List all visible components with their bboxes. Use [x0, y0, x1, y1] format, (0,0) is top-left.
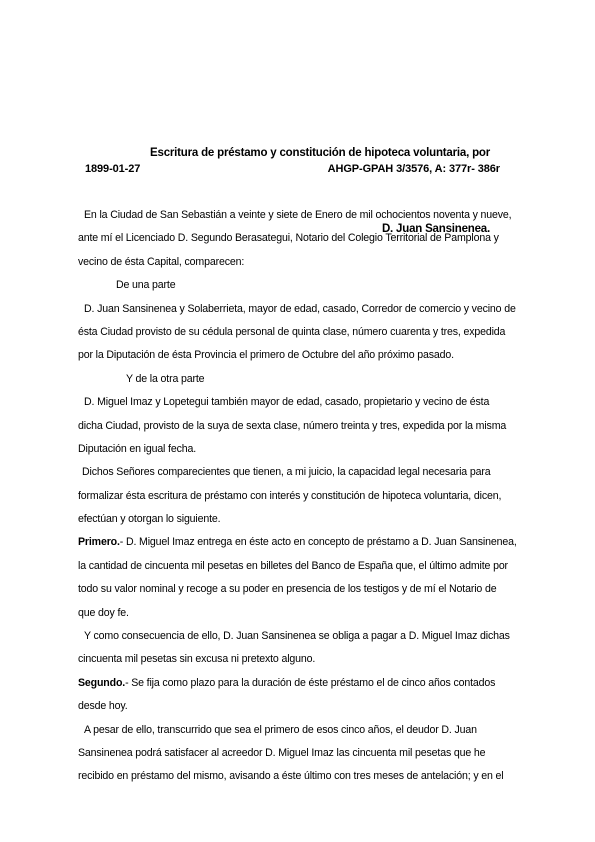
- text-line: En la Ciudad de San Sebastián a veinte y…: [78, 204, 530, 227]
- text-line: recibido en préstamo del mismo, avisando…: [78, 765, 530, 788]
- text-line: efectúan y otorgan lo siguiente.: [78, 508, 530, 531]
- line-text: que doy fe.: [78, 607, 129, 619]
- text-line: Segundo.- Se fija como plazo para la dur…: [78, 672, 530, 695]
- text-line: por la Diputación de ésta Provincia el p…: [78, 344, 530, 367]
- line-text: - Se fija como plazo para la duración de…: [125, 677, 495, 689]
- document-date: 1899-01-27: [78, 160, 140, 178]
- text-line: Sansinenea podrá satisfacer al acreedor …: [78, 742, 530, 765]
- text-line: cincuenta mil pesetas sin excusa ni pret…: [78, 648, 530, 671]
- text-line: que doy fe.: [78, 602, 530, 625]
- line-text: Sansinenea podrá satisfacer al acreedor …: [78, 747, 485, 759]
- text-line: formalizar ésta escritura de préstamo co…: [78, 485, 530, 508]
- line-text: por la Diputación de ésta Provincia el p…: [78, 349, 454, 361]
- line-text: vecino de ésta Capital, comparecen:: [78, 256, 244, 268]
- line-text: - D. Miguel Imaz entrega en éste acto en…: [120, 536, 517, 548]
- line-text: recibido en préstamo del mismo, avisando…: [78, 770, 503, 782]
- text-line: la cantidad de cincuenta mil pesetas en …: [78, 555, 530, 578]
- meta-row: 1899-01-27 AHGP-GPAH 3/3576, A: 377r- 38…: [78, 160, 500, 178]
- text-line: ésta Ciudad provisto de su cédula person…: [78, 321, 530, 344]
- text-line: Y como consecuencia de ello, D. Juan San…: [78, 625, 530, 648]
- line-text: dicha Ciudad, provisto de la suya de sex…: [78, 420, 506, 432]
- text-line: Y de la otra parte: [78, 368, 530, 391]
- text-line: desde hoy.: [78, 695, 530, 718]
- text-line: D. Miguel Imaz y Lopetegui también mayor…: [78, 391, 530, 414]
- archive-reference: AHGP-GPAH 3/3576, A: 377r- 386r: [328, 160, 500, 178]
- text-line: ante mí el Licenciado D. Segundo Berasat…: [78, 227, 530, 250]
- line-text: Diputación en igual fecha.: [78, 443, 196, 455]
- text-line: todo su valor nominal y recoge a su pode…: [78, 578, 530, 601]
- line-text: En la Ciudad de San Sebastián a veinte y…: [84, 209, 511, 221]
- line-text: desde hoy.: [78, 700, 128, 712]
- line-text: Y de la otra parte: [126, 373, 204, 385]
- line-text: ante mí el Licenciado D. Segundo Berasat…: [78, 232, 499, 244]
- clause-label: Primero.: [78, 536, 120, 548]
- line-text: cincuenta mil pesetas sin excusa ni pret…: [78, 653, 315, 665]
- line-text: efectúan y otorgan lo siguiente.: [78, 513, 220, 525]
- document-page: Escritura de préstamo y constitución de …: [0, 0, 595, 842]
- text-line: A pesar de ello, transcurrido que sea el…: [78, 719, 530, 742]
- line-text: De una parte: [116, 279, 175, 291]
- text-line: vecino de ésta Capital, comparecen:: [78, 251, 530, 274]
- line-text: ésta Ciudad provisto de su cédula person…: [78, 326, 505, 338]
- line-text: Dichos Señores comparecientes que tienen…: [82, 466, 490, 478]
- document-body: En la Ciudad de San Sebastián a veinte y…: [78, 204, 530, 789]
- line-text: D. Miguel Imaz y Lopetegui también mayor…: [84, 396, 489, 408]
- text-line: D. Juan Sansinenea y Solaberrieta, mayor…: [78, 298, 530, 321]
- line-text: D. Juan Sansinenea y Solaberrieta, mayor…: [84, 303, 516, 315]
- line-text: formalizar ésta escritura de préstamo co…: [78, 490, 501, 502]
- text-line: Dichos Señores comparecientes que tienen…: [78, 461, 530, 484]
- clause-label: Segundo.: [78, 677, 125, 689]
- line-text: Y como consecuencia de ello, D. Juan San…: [84, 630, 510, 642]
- text-line: Primero.- D. Miguel Imaz entrega en éste…: [78, 531, 530, 554]
- text-line: De una parte: [78, 274, 530, 297]
- text-line: Diputación en igual fecha.: [78, 438, 530, 461]
- line-text: A pesar de ello, transcurrido que sea el…: [84, 724, 477, 736]
- text-line: dicha Ciudad, provisto de la suya de sex…: [78, 415, 530, 438]
- line-text: todo su valor nominal y recoge a su pode…: [78, 583, 496, 595]
- line-text: la cantidad de cincuenta mil pesetas en …: [78, 560, 508, 572]
